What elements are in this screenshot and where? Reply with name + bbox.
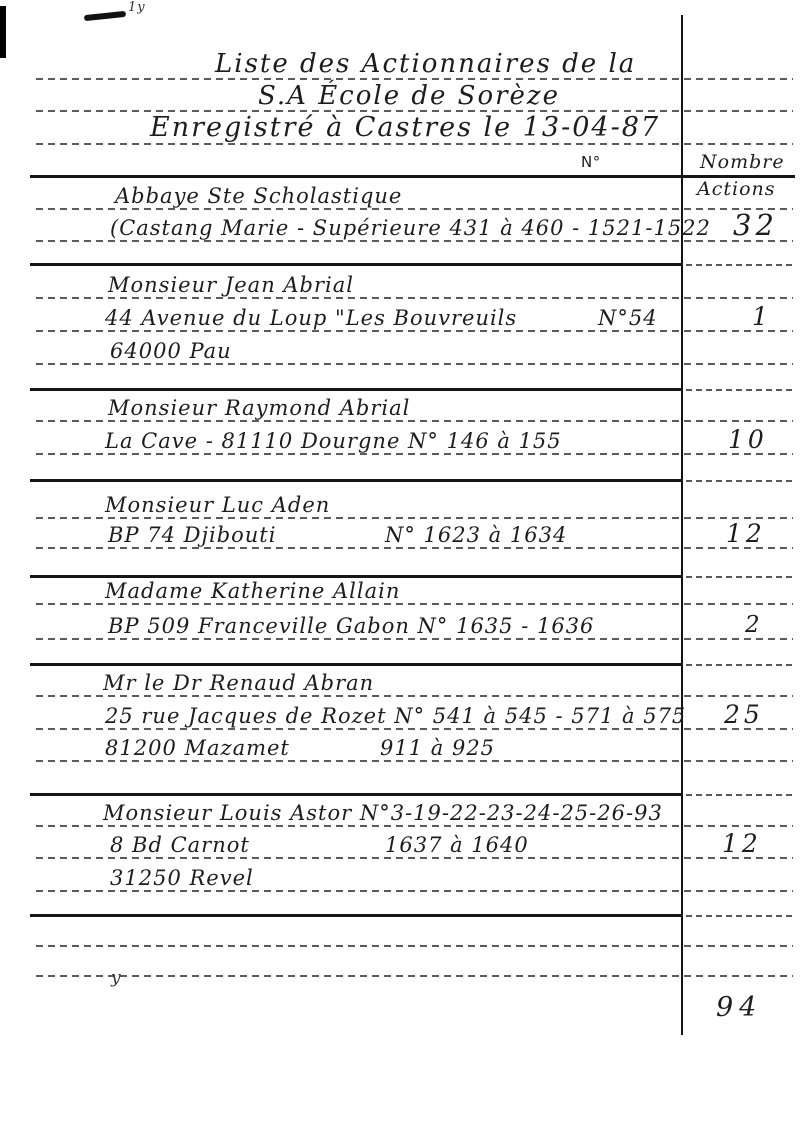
document-title-line-2: S.A École de Sorèze <box>258 81 560 111</box>
ruled-line <box>36 890 793 892</box>
entry-line-text: 81200 Mazamet <box>105 736 290 760</box>
ruled-line <box>686 480 794 482</box>
ruled-line <box>36 728 793 730</box>
number-column-label: N° <box>581 153 601 171</box>
ruled-line <box>36 547 793 549</box>
entry-line-text: 31250 Revel <box>110 866 254 890</box>
entry-line-number-note: 1637 à 1640 <box>385 833 529 857</box>
entry-line-text: Monsieur Louis Astor N°3-19-22-23-24-25-… <box>103 801 663 825</box>
ruled-line <box>36 760 793 762</box>
pen-tick-top: 1y <box>128 0 146 15</box>
document-title-line-3: Enregistré à Castres le 13-04-87 <box>150 112 660 143</box>
ruled-line <box>36 945 793 947</box>
ruled-line <box>36 297 793 299</box>
entry-line-text: Monsieur Luc Aden <box>105 493 330 517</box>
ruled-line <box>36 638 793 640</box>
header-separator-line <box>30 175 795 178</box>
entry-separator-line <box>30 575 683 578</box>
share-count-value: 32 <box>733 208 778 242</box>
ruled-line <box>36 825 793 827</box>
shares-column-header-actions: Actions <box>697 178 776 200</box>
ruled-line <box>36 330 793 332</box>
ruled-line <box>36 363 793 365</box>
entry-separator-line <box>30 263 683 266</box>
entry-separator-line <box>30 388 683 391</box>
ruled-line <box>36 603 793 605</box>
ruled-line <box>36 857 793 859</box>
ruled-line <box>686 915 794 917</box>
share-count-value: 10 <box>728 425 768 454</box>
pen-tick-bottom: y <box>111 968 122 988</box>
shares-column-header-nombre: Nombre <box>700 151 785 173</box>
share-count-value: 2 <box>745 612 764 638</box>
entry-line-text: Monsieur Raymond Abrial <box>108 396 410 420</box>
entry-line-text: 44 Avenue du Loup "Les Bouvreuils <box>105 306 517 330</box>
entry-line-text: La Cave - 81110 Dourgne N° 146 à 155 <box>105 429 562 453</box>
entry-line-text: Abbaye Ste Scholastique <box>115 184 402 208</box>
ruled-line <box>686 264 794 266</box>
entry-line-number-note: N°54 <box>598 306 658 330</box>
pen-dash-mark <box>84 11 126 21</box>
ruled-line <box>36 143 793 145</box>
ruled-line <box>686 664 794 666</box>
entry-line-text: 64000 Pau <box>110 339 232 363</box>
share-count-value: 12 <box>726 519 766 548</box>
entry-line-text: Mr le Dr Renaud Abran <box>103 671 374 695</box>
ruled-line <box>36 453 793 455</box>
scan-edge-artifact <box>0 6 6 58</box>
entry-separator-line <box>30 793 683 796</box>
entry-separator-line <box>30 479 683 482</box>
share-count-value: 25 <box>724 700 764 729</box>
document-title-line-1: Liste des Actionnaires de la <box>215 49 636 79</box>
ruled-line <box>36 110 793 112</box>
ruled-line <box>36 78 793 80</box>
ruled-line <box>686 576 794 578</box>
share-count-value: 12 <box>722 829 762 858</box>
scanned-shareholder-register-page: 1y Liste des Actionnaires de la S.A Écol… <box>0 0 800 1127</box>
ruled-line <box>36 208 793 210</box>
shares-column-divider <box>681 15 683 1035</box>
entry-line-text: (Castang Marie - Supérieure 431 à 460 - … <box>110 216 711 240</box>
share-count-value: 1 <box>752 302 772 331</box>
ruled-line <box>686 389 794 391</box>
entry-line-text: Madame Katherine Allain <box>105 579 400 603</box>
entry-separator-line <box>30 663 683 666</box>
entry-line-number-note: 911 à 925 <box>380 736 495 760</box>
entry-line-text: BP 74 Djibouti <box>108 523 276 547</box>
ruled-line <box>36 240 793 242</box>
entry-line-text: 8 Bd Carnot <box>110 833 250 857</box>
ruled-line <box>36 420 793 422</box>
total-shares-value: 94 <box>716 992 762 1023</box>
ruled-line <box>36 695 793 697</box>
entry-line-text: 25 rue Jacques de Rozet N° 541 à 545 - 5… <box>105 704 686 728</box>
ruled-line <box>686 794 794 796</box>
entry-separator-line <box>30 914 683 917</box>
ruled-line <box>36 517 793 519</box>
entry-line-number-note: N° 1623 à 1634 <box>385 523 567 547</box>
entry-line-text: Monsieur Jean Abrial <box>108 273 354 297</box>
ruled-line <box>36 975 793 977</box>
entry-line-text: BP 509 Franceville Gabon N° 1635 - 1636 <box>108 614 594 638</box>
